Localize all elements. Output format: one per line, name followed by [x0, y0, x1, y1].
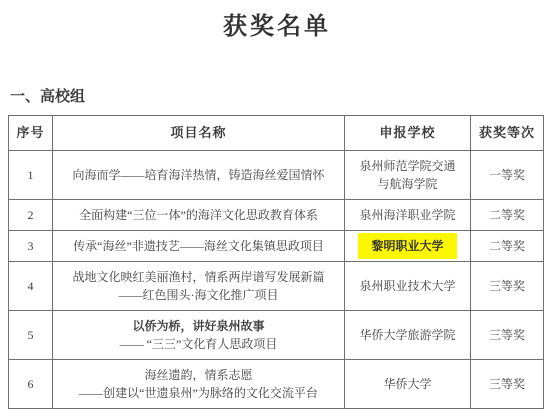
school-cell: 华侨大学旅游学院 [345, 311, 471, 360]
table-row: 5 以侨为桥，讲好泉州故事—— “三三”文化育人思政项目 华侨大学旅游学院 三等… [9, 311, 544, 360]
project-line: 传承“海丝”非遗技艺——海丝文化集镇思政项目 [56, 237, 341, 255]
award-cell: 三等奖 [471, 360, 544, 409]
table-row: 3 传承“海丝”非遗技艺——海丝文化集镇思政项目 黎明职业大学 二等奖 [9, 231, 544, 262]
project-line: 海丝遗韵，情系志愿 [56, 366, 341, 384]
project-name-cell: 海丝遗韵，情系志愿——创建以“世遗泉州”为脉络的文化交流平台 [53, 360, 345, 409]
section-heading: 一、高校组 [10, 85, 554, 106]
award-cell: 二等奖 [471, 200, 544, 231]
school-line: 与航海学院 [348, 175, 467, 193]
highlighted-school-name: 黎明职业大学 [358, 233, 456, 259]
document-page: 获奖名单 一、高校组 序号 项目名称 申报学校 获奖等次 1 向海而学——培育海… [0, 0, 554, 411]
project-name-cell: 战地文化映红美丽渔村，情系两岸谱写发展新篇——红色围头·海文化推广项目 [53, 262, 345, 311]
row-number-cell: 1 [9, 151, 53, 200]
col-header-project-name: 项目名称 [53, 116, 345, 151]
school-line: 泉州职业技术大学 [348, 277, 467, 295]
project-line: —— “三三”文化育人思政项目 [56, 335, 341, 353]
row-number-cell: 4 [9, 262, 53, 311]
project-name-cell: 传承“海丝”非遗技艺——海丝文化集镇思政项目 [53, 231, 345, 262]
row-number-cell: 5 [9, 311, 53, 360]
row-number-cell: 6 [9, 360, 53, 409]
project-name-cell: 向海而学——培育海洋热情，铸造海丝爱国情怀 [53, 151, 345, 200]
project-line: 战地文化映红美丽渔村，情系两岸谱写发展新篇 [56, 268, 341, 286]
school-cell: 黎明职业大学 [345, 231, 471, 262]
project-line: 向海而学——培育海洋热情，铸造海丝爱国情怀 [56, 166, 341, 184]
school-line: 华侨大学旅游学院 [348, 326, 467, 344]
col-header-award-level: 获奖等次 [471, 116, 544, 151]
project-line: ——创建以“世遗泉州”为脉络的文化交流平台 [56, 384, 341, 402]
awards-table: 序号 项目名称 申报学校 获奖等次 1 向海而学——培育海洋热情，铸造海丝爱国情… [8, 115, 544, 409]
table-body: 1 向海而学——培育海洋热情，铸造海丝爱国情怀 泉州师范学院交通与航海学院 一等… [9, 151, 544, 409]
table-row: 4 战地文化映红美丽渔村，情系两岸谱写发展新篇——红色围头·海文化推广项目 泉州… [9, 262, 544, 311]
award-cell: 二等奖 [471, 231, 544, 262]
school-cell: 泉州职业技术大学 [345, 262, 471, 311]
award-cell: 三等奖 [471, 262, 544, 311]
school-line: 华侨大学 [348, 375, 467, 393]
award-cell: 一等奖 [471, 151, 544, 200]
row-number-cell: 3 [9, 231, 53, 262]
school-line: 泉州海洋职业学院 [348, 206, 467, 224]
project-line: ——红色围头·海文化推广项目 [56, 286, 341, 304]
school-line: 泉州师范学院交通 [348, 157, 467, 175]
school-cell: 华侨大学 [345, 360, 471, 409]
school-cell: 泉州师范学院交通与航海学院 [345, 151, 471, 200]
row-number-cell: 2 [9, 200, 53, 231]
table-row: 6 海丝遗韵，情系志愿——创建以“世遗泉州”为脉络的文化交流平台 华侨大学 三等… [9, 360, 544, 409]
project-name-cell: 以侨为桥，讲好泉州故事—— “三三”文化育人思政项目 [53, 311, 345, 360]
col-header-applying-school: 申报学校 [345, 116, 471, 151]
table-row: 2 全面构建“三位一体”的海洋文化思政教育体系 泉州海洋职业学院 二等奖 [9, 200, 544, 231]
project-line: 全面构建“三位一体”的海洋文化思政教育体系 [56, 206, 341, 224]
award-cell: 三等奖 [471, 311, 544, 360]
col-header-serial-number: 序号 [9, 116, 53, 151]
project-name-cell: 全面构建“三位一体”的海洋文化思政教育体系 [53, 200, 345, 231]
table-row: 1 向海而学——培育海洋热情，铸造海丝爱国情怀 泉州师范学院交通与航海学院 一等… [9, 151, 544, 200]
project-line: 以侨为桥，讲好泉州故事 [56, 317, 341, 335]
page-title: 获奖名单 [0, 6, 554, 41]
school-cell: 泉州海洋职业学院 [345, 200, 471, 231]
table-header-row: 序号 项目名称 申报学校 获奖等次 [9, 116, 544, 151]
